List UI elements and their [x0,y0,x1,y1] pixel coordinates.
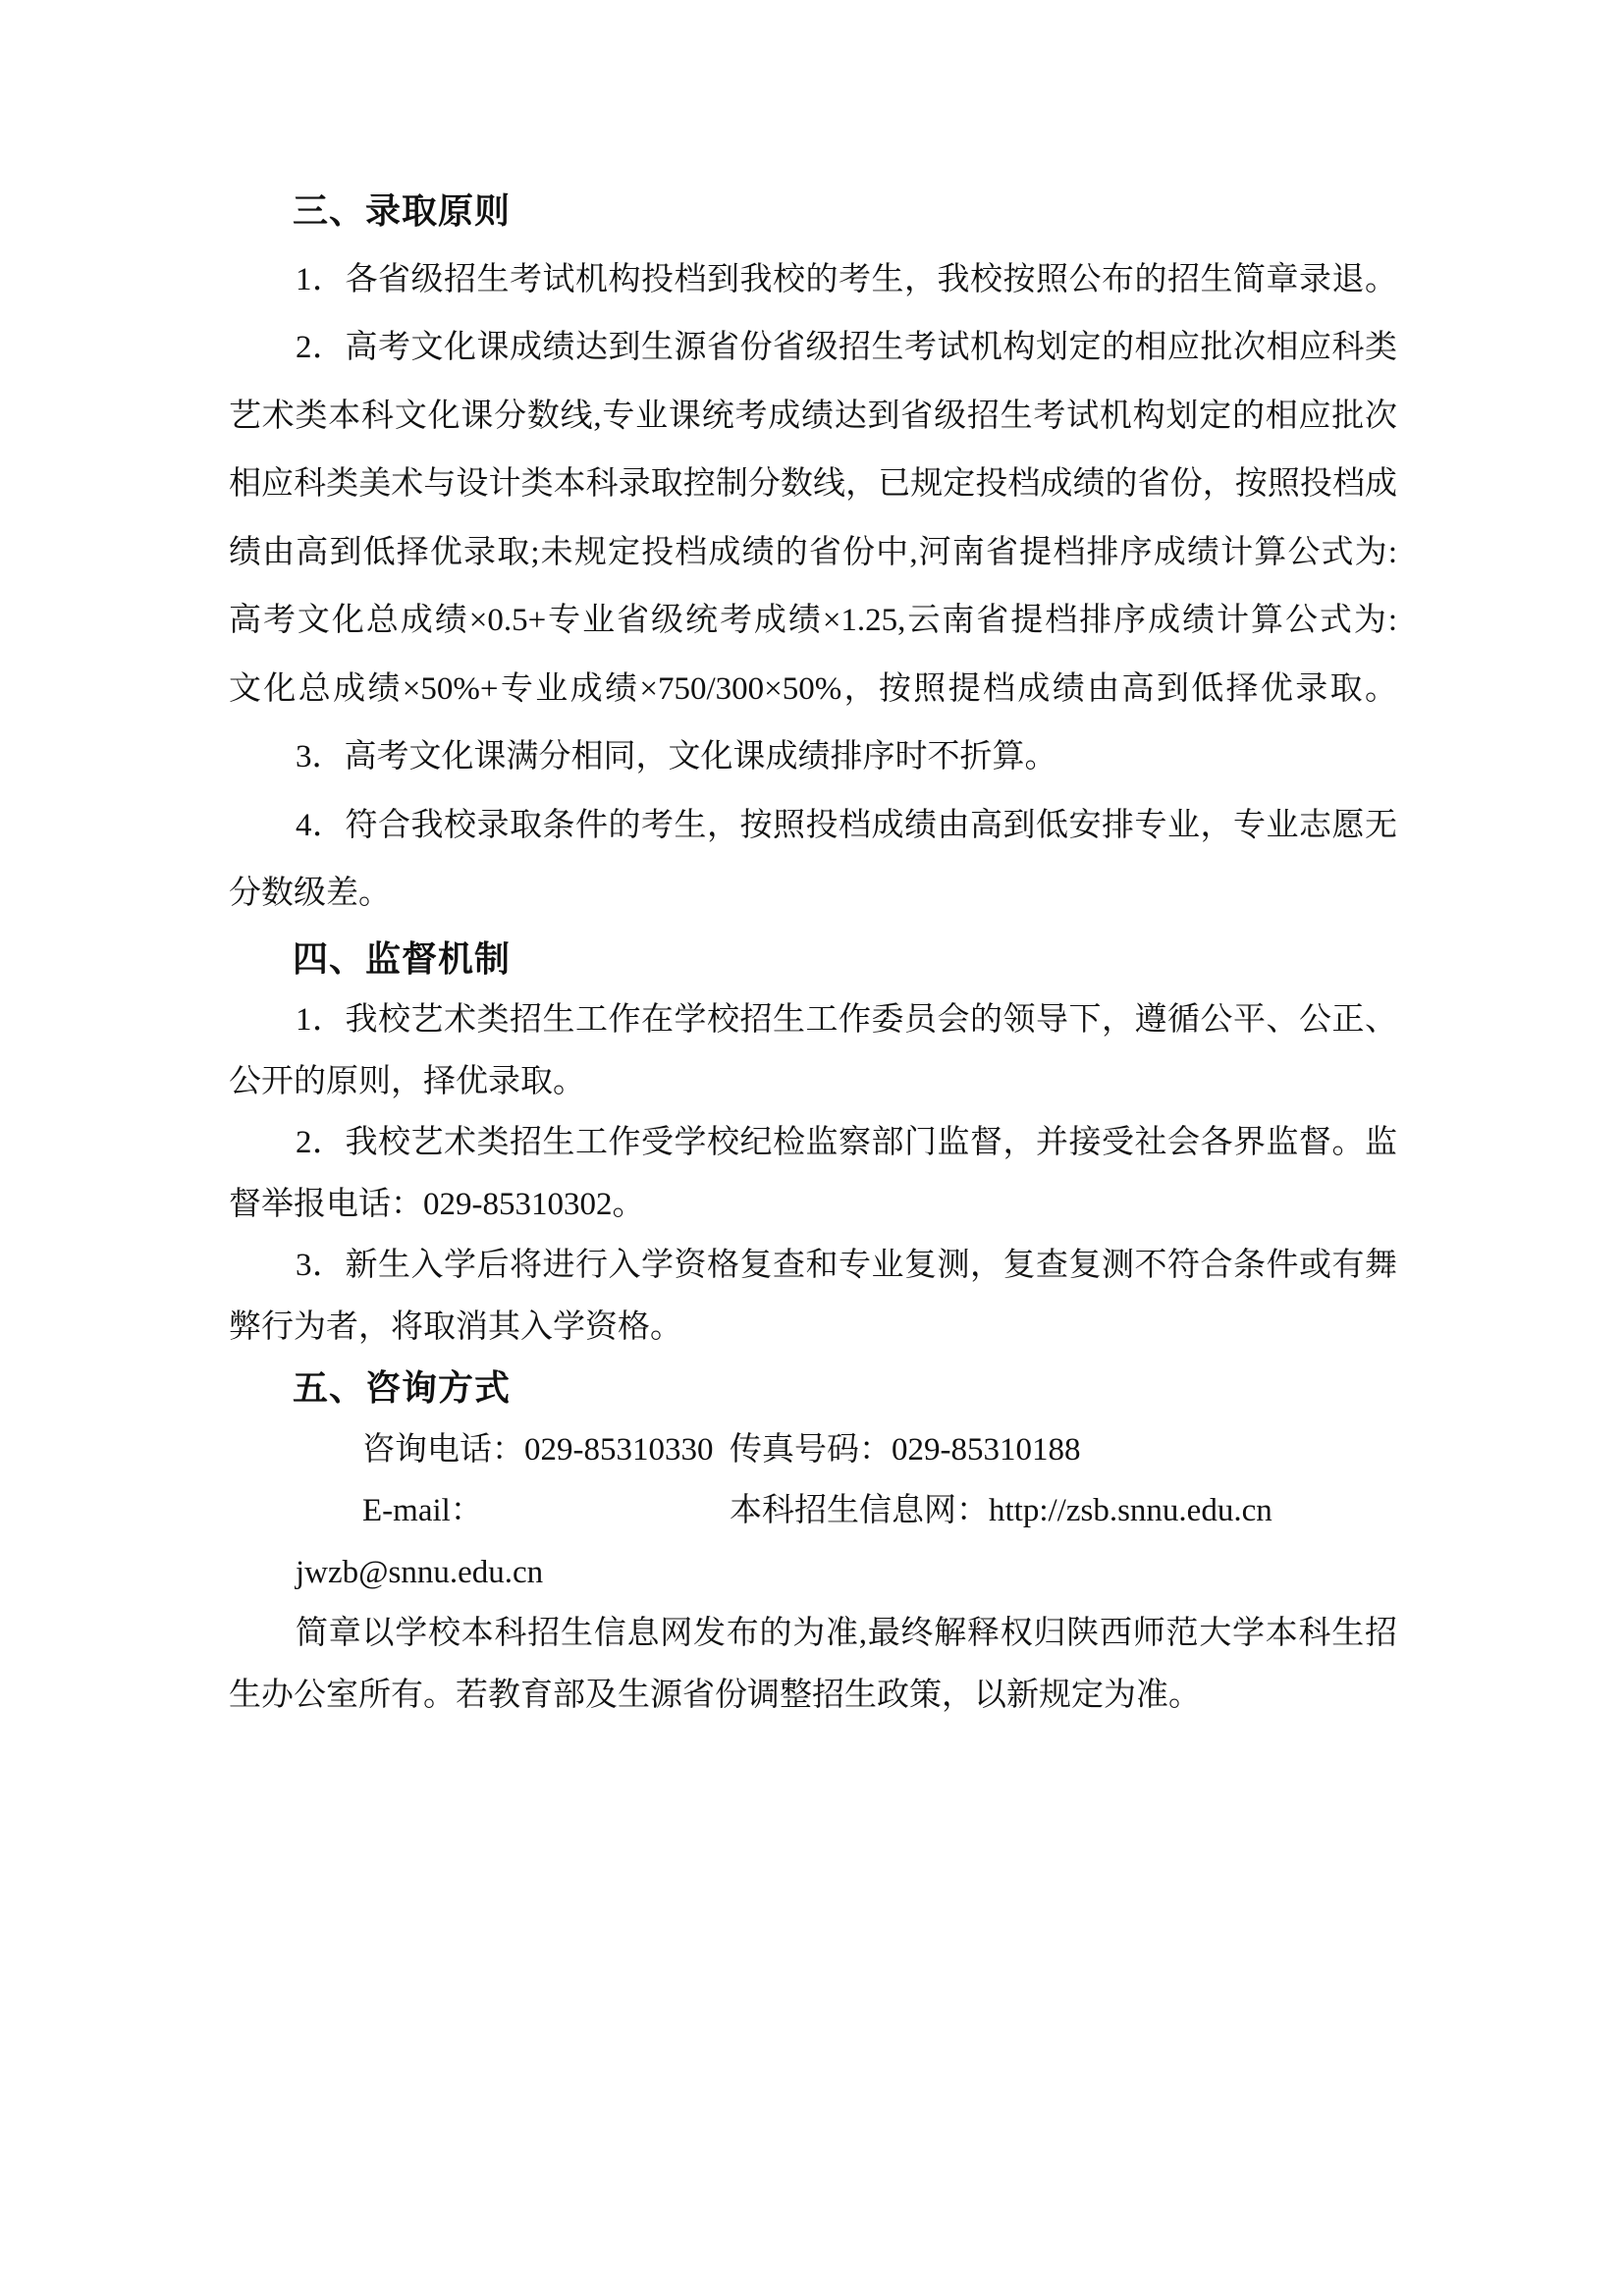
para-admission-4-line: 分数级差。 [229,860,1397,929]
para-admission-3-line: 3．高考文化课满分相同，文化课成绩排序时不折算。 [229,723,1397,792]
para-supervision-2-line: 2．我校艺术类招生工作受学校纪检监察部门监督，并接受社会各界监督。监 [229,1112,1397,1174]
heading-supervision: 四、监督机制 [229,929,1397,990]
para-admission-2-line: 相应科类美术与设计类本科录取控制分数线，已规定投档成绩的省份，按照投档成 [229,451,1397,519]
para-admission-2-line: 高考文化总成绩×0.5+专业省级统考成绩×1.25,云南省提档排序成绩计算公式为… [229,587,1397,656]
para-closing-line: 生办公室所有。若教育部及生源省份调整招生政策，以新规定为准。 [229,1665,1397,1727]
para-admission-2-line: 艺术类本科文化课分数线,专业课统考成绩达到省级招生考试机构划定的相应批次 [229,383,1397,452]
para-admission-2-line: 2．高考文化课成绩达到生源省份省级招生考试机构划定的相应批次相应科类 [229,314,1397,383]
contact-row-1-col-1: 咨询电话：029-85310330 [296,1419,730,1481]
heading-contact: 五、咨询方式 [229,1358,1397,1419]
heading-admission-principles: 三、录取原则 [229,178,1397,246]
para-closing-line: 简章以学校本科招生信息网发布的为准,最终解释权归陕西师范大学本科生招 [229,1603,1397,1665]
para-supervision-1-line: 公开的原则，择优录取。 [229,1051,1397,1113]
document-page: 三、录取原则1．各省级招生考试机构投档到我校的考生，我校按照公布的招生简章录退。… [0,0,1624,2296]
para-supervision-3-line: 弊行为者，将取消其入学资格。 [229,1297,1397,1359]
para-supervision-1-line: 1．我校艺术类招生工作在学校招生工作委员会的领导下，遵循公平、公正、 [229,989,1397,1051]
para-admission-2-line: 绩由高到低择优录取;未规定投档成绩的省份中,河南省提档排序成绩计算公式为: [229,519,1397,588]
contact-row-2-col-1: E-mail：jwzb@snnu.edu.cn [296,1480,730,1603]
para-admission-4-line: 4．符合我校录取条件的考生，按照投档成绩由高到低安排专业，专业志愿无 [229,792,1397,861]
para-supervision-3-line: 3．新生入学后将进行入学资格复查和专业复测，复查复测不符合条件或有舞 [229,1235,1397,1297]
para-admission-1-line: 1．各省级招生考试机构投档到我校的考生，我校按照公布的招生简章录退。 [229,246,1397,315]
contact-row-2-col-2: 本科招生信息网：http://zsb.snnu.edu.cn [730,1493,1272,1528]
contact-row-1-col-2: 传真号码：029-85310188 [730,1432,1081,1468]
contact-row-2: E-mail：jwzb@snnu.edu.cn本科招生信息网：http://zs… [229,1480,1397,1542]
contact-row-1: 咨询电话：029-85310330传真号码：029-85310188 [229,1419,1397,1481]
para-supervision-2-line: 督举报电话：029-85310302。 [229,1174,1397,1236]
document-body: 三、录取原则1．各省级招生考试机构投档到我校的考生，我校按照公布的招生简章录退。… [229,178,1397,1726]
para-admission-2-line: 文化总成绩×50%+专业成绩×750/300×50%，按照提档成绩由高到低择优录… [229,656,1397,724]
